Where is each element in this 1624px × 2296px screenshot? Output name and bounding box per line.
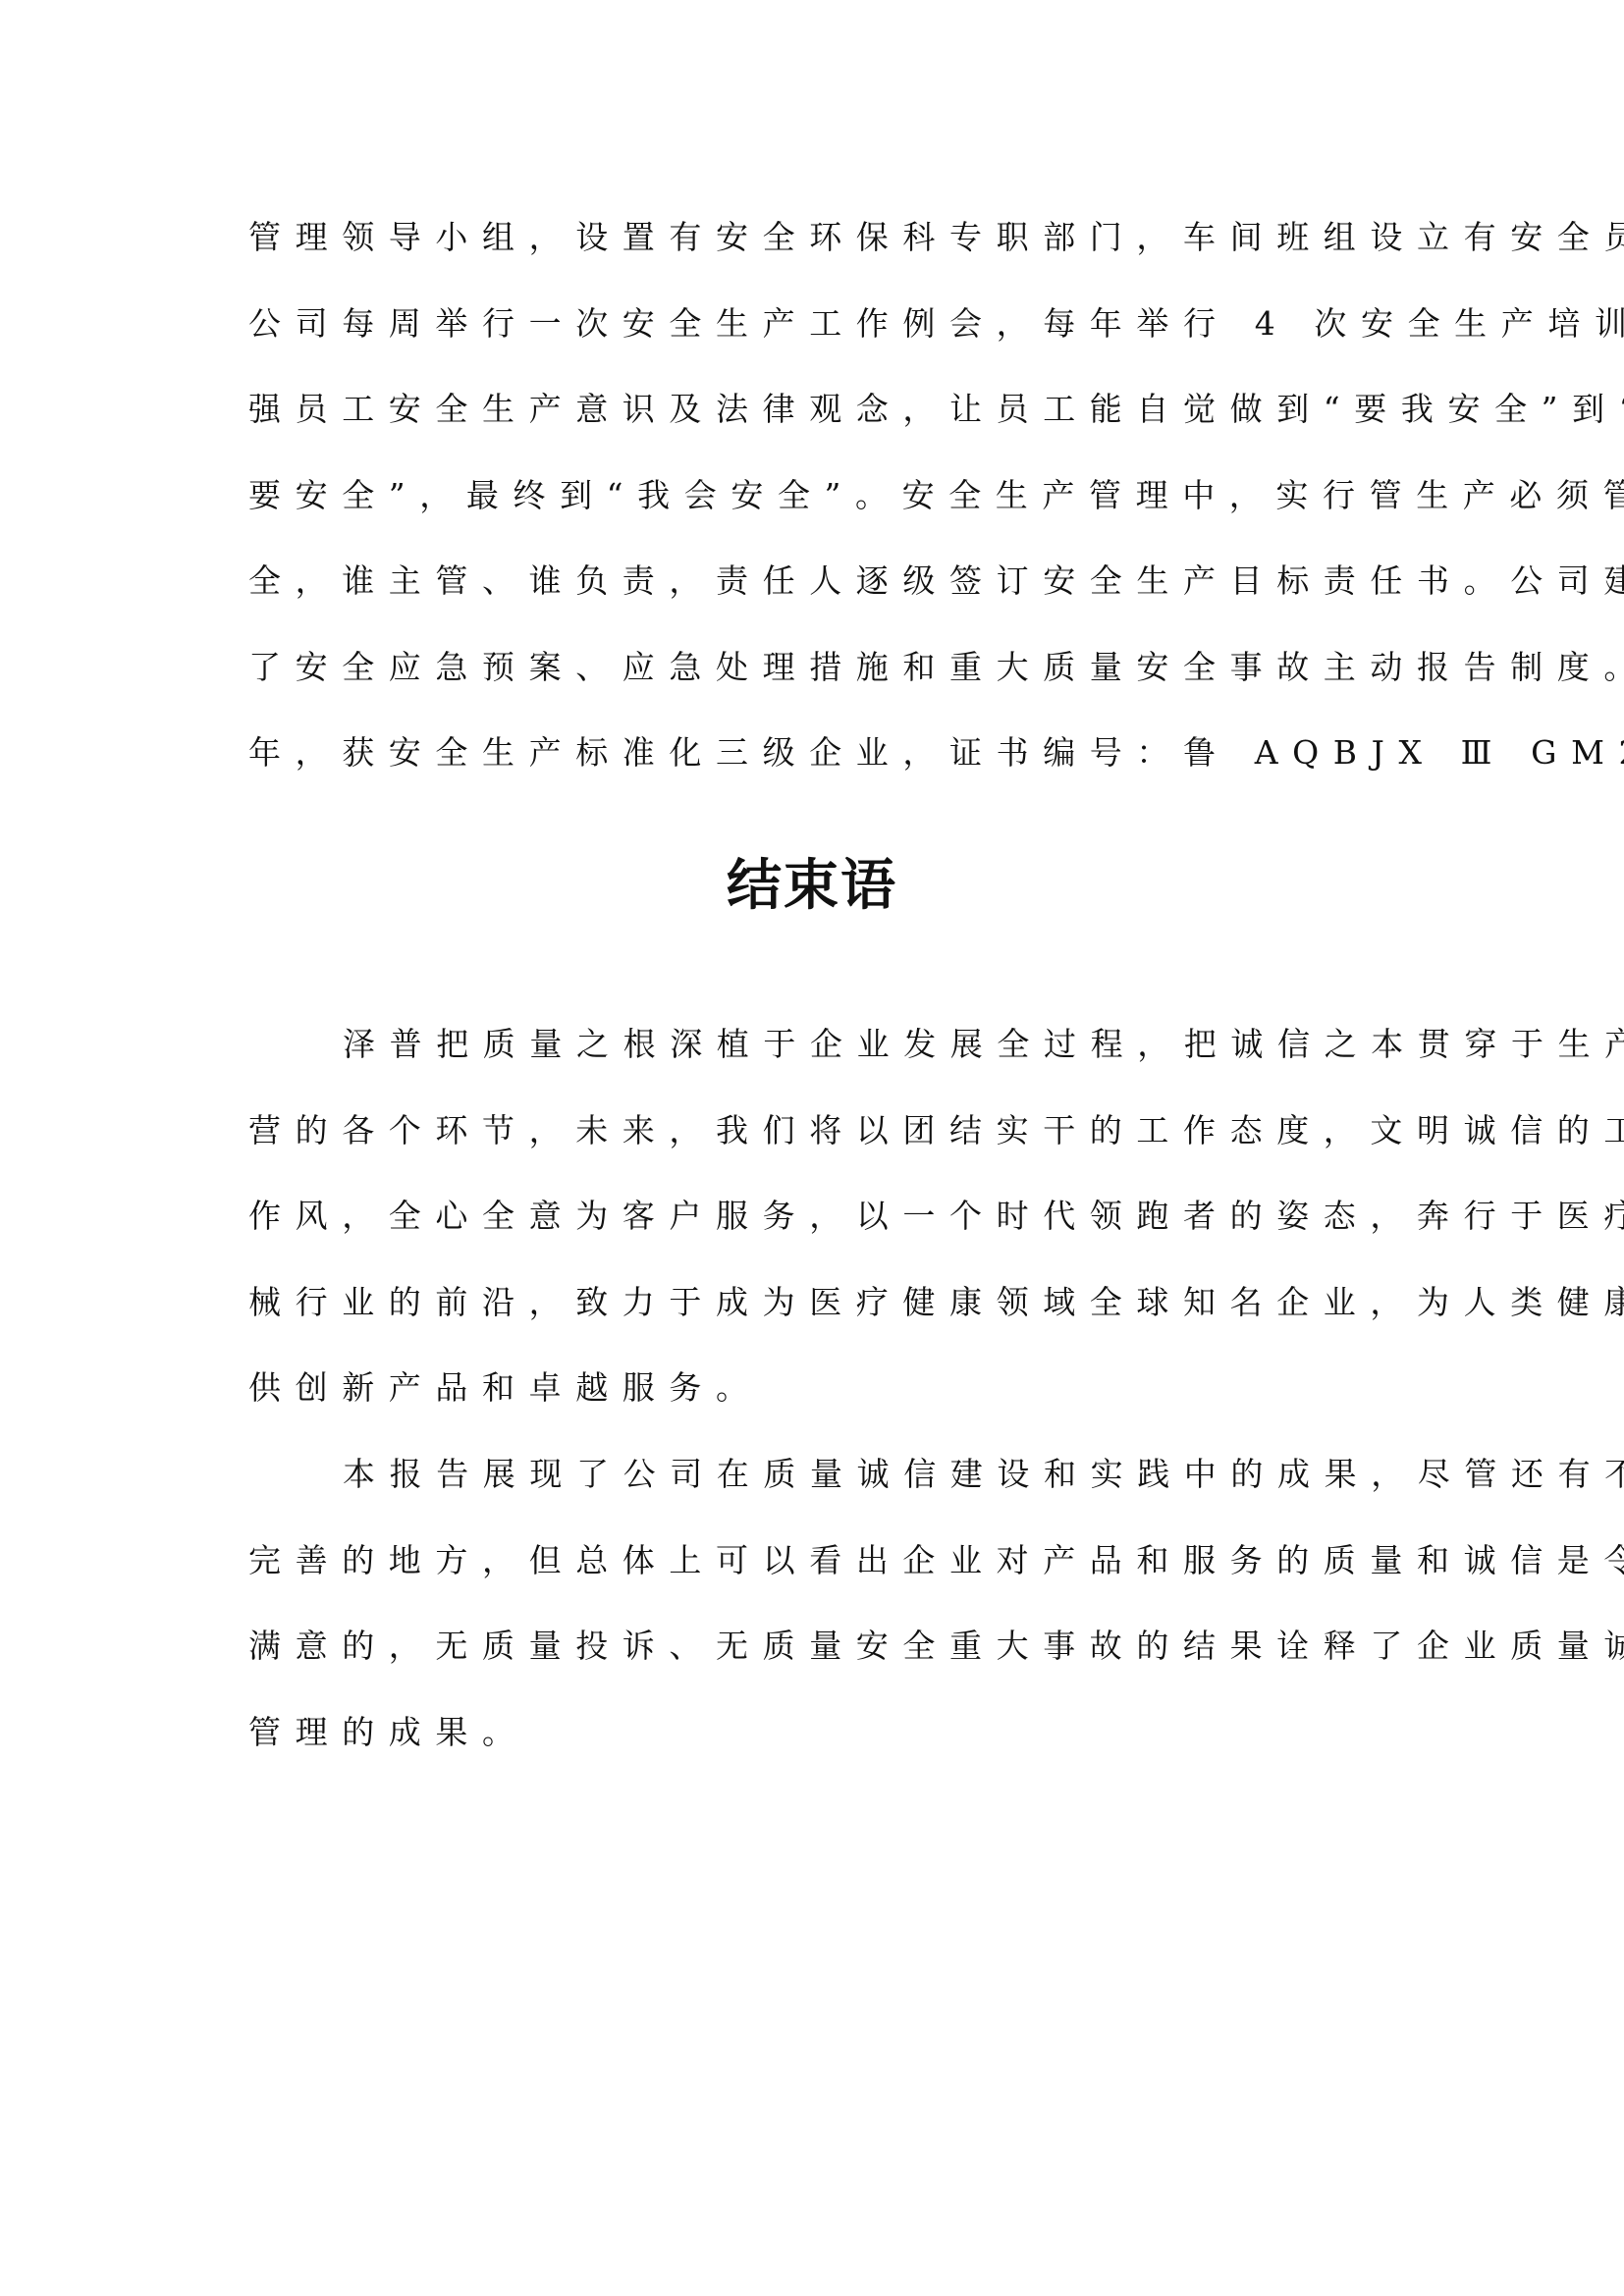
paragraph-line: 完善的地方，但总体上可以看出企业对产品和服务的质量和诚信是令人 bbox=[248, 1518, 1436, 1604]
paragraph-line: 械行业的前沿，致力于成为医疗健康领域全球知名企业，为人类健康提 bbox=[248, 1259, 1436, 1346]
paragraph-line: 管理领导小组，设置有安全环保科专职部门，车间班组设立有安全员。 bbox=[248, 194, 1436, 281]
paragraph-line: 了安全应急预案、应急处理措施和重大质量安全事故主动报告制度。2018 bbox=[248, 624, 1436, 711]
paragraph-line: 全，谁主管、谁负责，责任人逐级签订安全生产目标责任书。公司建立 bbox=[248, 538, 1436, 624]
safety-management-paragraph: 管理领导小组，设置有安全环保科专职部门，车间班组设立有安全员。 公司每周举行一次… bbox=[248, 194, 1436, 796]
paragraph-line: 作风，全心全意为客户服务，以一个时代领跑者的姿态，奔行于医疗器 bbox=[248, 1173, 1436, 1259]
paragraph-line: 公司每周举行一次安全生产工作例会，每年举行 4 次安全生产培训，增 bbox=[248, 281, 1436, 367]
paragraph-line: 供创新产品和卓越服务。 bbox=[248, 1345, 1436, 1431]
section-heading: 结束语 bbox=[0, 852, 1624, 921]
paragraph-line: 年，获安全生产标准化三级企业，证书编号：鲁 AQBJX Ⅲ GM2018141。 bbox=[248, 710, 1436, 796]
paragraph-line: 要安全”，最终到“我会安全”。安全生产管理中，实行管生产必须管安 bbox=[248, 453, 1436, 539]
paragraph-line: 管理的成果。 bbox=[248, 1689, 1436, 1776]
paragraph-line: 满意的，无质量投诉、无质量安全重大事故的结果诠释了企业质量诚信 bbox=[248, 1603, 1436, 1689]
closing-paragraph-2: 本报告展现了公司在质量诚信建设和实践中的成果，尽管还有不够 完善的地方，但总体上… bbox=[248, 1431, 1436, 1775]
paragraph-line: 泽普把质量之根深植于企业发展全过程，把诚信之本贯穿于生产经 bbox=[248, 1001, 1436, 1088]
document-page: 管理领导小组，设置有安全环保科专职部门，车间班组设立有安全员。 公司每周举行一次… bbox=[0, 0, 1624, 2296]
paragraph-line: 本报告展现了公司在质量诚信建设和实践中的成果，尽管还有不够 bbox=[248, 1431, 1436, 1518]
paragraph-line: 营的各个环节，未来，我们将以团结实干的工作态度，文明诚信的工作 bbox=[248, 1088, 1436, 1174]
paragraph-line: 强员工安全生产意识及法律观念，让员工能自觉做到“要我安全”到“我 bbox=[248, 366, 1436, 453]
closing-paragraph-1: 泽普把质量之根深植于企业发展全过程，把诚信之本贯穿于生产经 营的各个环节，未来，… bbox=[248, 1001, 1436, 1431]
